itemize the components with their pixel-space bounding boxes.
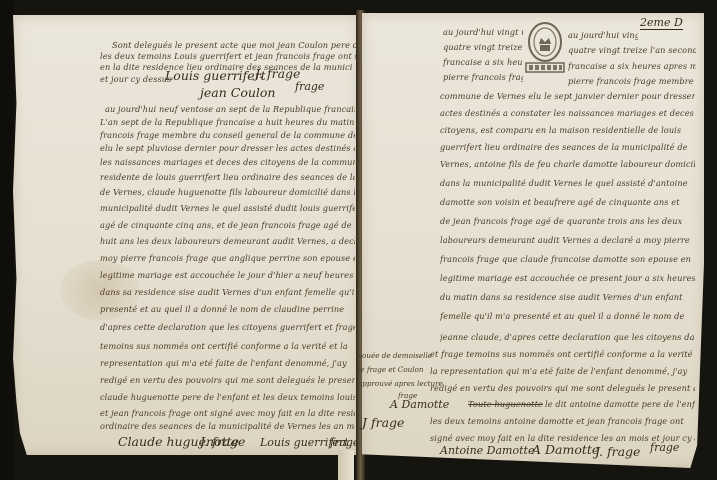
signature: J. frage [200, 434, 245, 449]
text-line: au jourd'hui neuf ventose an sept de la … [105, 104, 355, 115]
margin-signature: J frage [362, 415, 404, 430]
signature: A Damotte [532, 442, 599, 457]
signature: Louis guerrifert [165, 68, 266, 83]
text-line: francois frage membre du conseil general… [100, 130, 355, 141]
signature: J. frage [595, 444, 640, 459]
text-line: dans la municipalité dudit Vernes le que… [440, 178, 695, 189]
text-line: quatre vingt treize l'an second de la re… [443, 42, 523, 53]
text-line: jeanne claude, d'apres cette declaration… [440, 332, 695, 343]
text-line: du matin dans sa residence sise audit Ve… [440, 292, 695, 303]
text-line: ordinaire des seances de la municipalité… [100, 421, 355, 432]
text-line: legitime mariage est accouchée le jour d… [100, 270, 355, 281]
text-line-continued: quatre vingt treize l'an second de la re… [568, 45, 696, 56]
text-line: claude huguenotte pere de l'enfant et le… [100, 392, 355, 403]
signature: J. frage [255, 66, 300, 81]
text-line: redigé en vertu des pouvoirs qui me sont… [430, 383, 695, 394]
margin-note: vouée de demoiselle [358, 350, 432, 361]
text-line: actes destinés a constater les naissance… [440, 108, 695, 119]
text-line: dans sa residence sise audit Vernes d'un… [100, 287, 355, 298]
text-line: damotte son voisin et beaufrere agé de c… [440, 197, 695, 208]
text-line: elu le sept pluviose dernier pour dresse… [100, 143, 355, 154]
text-line: les deux temoins antoine damotte et jean… [430, 416, 695, 427]
text-line: L'an sept de la Republique francaise a h… [100, 117, 355, 128]
text-line: commune de Vernes elu le sept janvier de… [440, 91, 695, 102]
text-line: et frage temoins sus nommés ont certifié… [430, 349, 695, 360]
text-line: huit ans les deux laboureurs demeurant a… [100, 236, 355, 247]
text-line: temoins sus nommés ont certifié conforme… [100, 341, 355, 352]
signature: frage [295, 80, 324, 93]
text-line: agé de cinquante cinq ans, et de jean fr… [100, 220, 355, 231]
text-line: les naissances mariages et deces des cit… [100, 157, 355, 168]
text-line: representation qui m'a eté faite de l'en… [100, 358, 355, 369]
text-line: francaise a six heures apres midy par de… [443, 57, 523, 68]
record-number-tag: 2eme D [640, 16, 683, 30]
text-line: d'apres cette declaration que les citoye… [100, 322, 355, 333]
margin-note: approuvé apres lecture [358, 378, 443, 389]
text-line: laboureurs demeurant audit Vernes a decl… [440, 235, 695, 246]
signature: frage [650, 441, 679, 454]
text-line: femelle qu'il m'a presenté et au quel il… [440, 311, 695, 322]
text-line: pierre francois frage membre du conseil … [443, 72, 523, 83]
text-line: de Vernes, claude huguenotte fils labour… [100, 187, 355, 198]
text-line: la representation qui m'a eté faite de l… [430, 366, 695, 377]
struck-text: Toute huguenotte [468, 399, 543, 410]
text-line-continued: francaise a six heures apres midy par de… [568, 61, 696, 72]
margin-signature: A Damotte [390, 398, 449, 411]
margin-note: le frage et Coulon [358, 364, 424, 375]
text-line: redigé en vertu des pouvoirs qui me sont… [100, 375, 355, 386]
text-line: de jean francois frage agé de quarante t… [440, 216, 695, 227]
text-line: municipalité dudit Vernes le quel assist… [100, 203, 355, 214]
signature: Antoine Damotte [440, 444, 534, 457]
text-line-continued: pierre francois frage membre du conseil … [568, 76, 696, 87]
seal-stamp-icon [524, 20, 566, 78]
text-line: le dit antoine damotte pere de l'enfant … [545, 399, 695, 410]
text-line: guerrifert lieu ordinaire des seances de… [440, 142, 695, 153]
text-line-continued: au jourd'hui vingt un ventose mars mil s… [568, 30, 638, 41]
text-line: citoyens, est comparu en la maison resid… [440, 125, 695, 136]
text-line: et jean francois frage ont signé avec mo… [100, 408, 355, 419]
text-line: au jourd'hui vingt un ventose mars mil s… [443, 27, 523, 38]
page-tab [338, 450, 354, 480]
document-spread: Sont delegués le present acte que moi je… [0, 0, 717, 480]
text-line: presenté et au quel il a donné le nom de… [100, 304, 355, 315]
text-line: et jour cy dessus [100, 74, 171, 85]
text-line: francois frage que claude francoise damo… [440, 254, 695, 265]
text-line: residente de louis guerrifert lieu ordin… [100, 172, 355, 183]
text-line: Vernes, antoine fils de feu charle damot… [440, 159, 695, 170]
text-line: moy pierre francois frage que anglique p… [100, 253, 355, 264]
signature: jean Coulon [200, 85, 275, 100]
scan-background-edge [0, 0, 14, 480]
text-line: legitime mariage est accouchée ce presen… [440, 273, 695, 284]
